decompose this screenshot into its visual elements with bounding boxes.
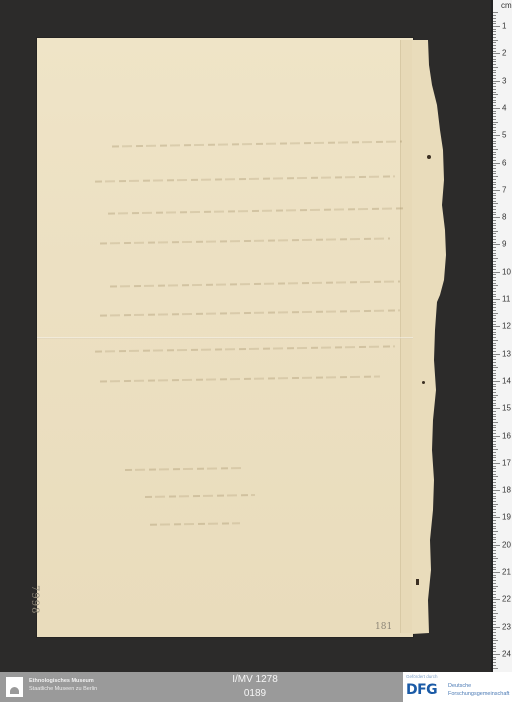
ruler-tick — [493, 296, 496, 297]
ruler-tick — [493, 277, 496, 278]
ruler-tick — [493, 310, 496, 311]
ruler-tick — [493, 258, 498, 259]
ruler-tick — [493, 171, 496, 172]
ruler-tick — [493, 176, 498, 177]
ruler-tick — [493, 479, 496, 480]
ruler-tick — [493, 629, 496, 630]
ruler-tick — [493, 441, 496, 442]
ruler-tick — [493, 572, 500, 573]
ruler-tick — [493, 403, 496, 404]
ruler-tick — [493, 255, 496, 256]
ruler-tick — [493, 81, 500, 82]
ruler-tick — [493, 264, 496, 265]
ruler-tick — [493, 122, 498, 123]
ruler-tick — [493, 610, 496, 611]
ruler-tick — [493, 15, 496, 16]
ruler-tick — [493, 321, 496, 322]
ruler-label: 23 — [502, 622, 511, 631]
ruler-label: 13 — [502, 349, 511, 358]
ruler-tick — [493, 220, 496, 221]
ruler-tick — [493, 392, 496, 393]
dfg-logo-icon: DFG — [406, 682, 437, 698]
ruler-tick — [493, 168, 496, 169]
ruler-label: 12 — [502, 322, 511, 331]
ruler-tick — [493, 419, 496, 420]
ruler-tick — [493, 307, 496, 308]
ruler-tick — [493, 42, 496, 43]
ruler-tick — [493, 299, 500, 300]
ruler-tick — [493, 537, 496, 538]
ruler-tick — [493, 332, 496, 333]
ruler-tick — [493, 130, 496, 131]
ruler-tick — [493, 206, 496, 207]
ruler-tick — [493, 12, 498, 13]
ruler-tick — [493, 381, 500, 382]
ruler-tick — [493, 223, 496, 224]
ruler-tick — [493, 373, 496, 374]
ruler-label: 5 — [502, 131, 506, 140]
ruler-tick — [493, 89, 496, 90]
ruler-tick — [493, 97, 496, 98]
ruler-tick — [493, 184, 496, 185]
ruler-tick — [493, 594, 496, 595]
ruler-tick — [493, 556, 496, 557]
ruler-tick — [493, 187, 496, 188]
ruler-tick — [493, 665, 496, 666]
ruler-tick — [493, 157, 496, 158]
ruler-tick — [493, 640, 498, 641]
ruler-tick — [493, 138, 496, 139]
ruler-tick — [493, 550, 496, 551]
ruler-tick — [493, 272, 500, 273]
ruler-tick — [493, 430, 496, 431]
ruler-tick — [493, 198, 496, 199]
ruler-tick — [493, 214, 496, 215]
ruler-tick — [493, 468, 496, 469]
ruler-label: 11 — [502, 295, 510, 304]
pencil-inventory-number: 7998 — [29, 585, 40, 614]
ruler-tick — [493, 386, 496, 387]
ruler-tick — [493, 283, 496, 284]
ruler-tick — [493, 113, 496, 114]
ruler-tick — [493, 414, 496, 415]
ruler-tick — [493, 395, 498, 396]
ruler-tick — [493, 266, 496, 267]
object-id: I/MV 1278 — [200, 674, 310, 685]
ruler-tick — [493, 490, 500, 491]
measurement-ruler: cm 1234567891011121314151617181920212223… — [491, 0, 512, 672]
ruler-label: 22 — [502, 595, 511, 604]
ruler-tick — [493, 627, 500, 628]
ruler-tick — [493, 288, 496, 289]
ruler-tick — [493, 542, 496, 543]
ruler-tick — [493, 466, 496, 467]
ruler-tick — [493, 411, 496, 412]
ruler-tick — [493, 408, 500, 409]
ruler-tick — [493, 378, 496, 379]
ruler-tick — [493, 493, 496, 494]
ruler-tick — [493, 362, 496, 363]
ruler-tick — [493, 348, 496, 349]
ruler-tick — [493, 504, 498, 505]
ruler-tick — [493, 92, 496, 93]
ruler-tick — [493, 528, 496, 529]
ruler-tick — [493, 422, 498, 423]
ruler-tick — [493, 654, 500, 655]
museum-logo-icon — [6, 677, 23, 697]
ruler-label: 17 — [502, 458, 511, 467]
ruler-tick — [493, 643, 496, 644]
ruler-tick — [493, 179, 496, 180]
ruler-tick — [493, 217, 500, 218]
ruler-tick — [493, 78, 496, 79]
ruler-tick — [493, 405, 496, 406]
ruler-label: 10 — [502, 267, 511, 276]
ruler-tick — [493, 509, 496, 510]
ruler-tick — [493, 108, 500, 109]
ruler-tick — [493, 452, 496, 453]
museum-name: Ethnologisches Museum — [29, 678, 94, 684]
ruler-tick — [493, 621, 496, 622]
ruler-tick — [493, 64, 496, 65]
ruler-tick — [493, 602, 496, 603]
ruler-tick — [493, 455, 496, 456]
ruler-tick — [493, 100, 496, 101]
ruler-tick — [493, 329, 496, 330]
ruler-tick — [493, 154, 496, 155]
ruler-tick — [493, 586, 498, 587]
ruler-tick — [493, 624, 496, 625]
ruler-tick — [493, 173, 496, 174]
ruler-tick — [493, 583, 496, 584]
ruler-tick — [493, 152, 496, 153]
ruler-tick — [493, 564, 496, 565]
ruler-tick — [493, 201, 496, 202]
ruler-tick — [493, 400, 496, 401]
ruler-tick — [493, 61, 496, 62]
ruler-tick — [493, 648, 496, 649]
ruler-tick — [493, 599, 500, 600]
ruler-tick — [493, 326, 500, 327]
ruler-tick — [493, 247, 496, 248]
ruler-tick — [493, 580, 496, 581]
ruler-tick — [493, 285, 498, 286]
ruler-tick — [493, 124, 496, 125]
ruler-tick — [493, 657, 496, 658]
ruler-tick — [493, 444, 496, 445]
ruler-tick — [493, 501, 496, 502]
ink-mark — [416, 579, 419, 585]
ruler-tick — [493, 605, 496, 606]
ruler-tick — [493, 618, 496, 619]
ruler-tick — [493, 384, 496, 385]
ruler-tick — [493, 356, 496, 357]
ruler-tick — [493, 340, 498, 341]
ruler-tick — [493, 212, 496, 213]
ruler-tick — [493, 345, 496, 346]
ruler-label: 20 — [502, 540, 511, 549]
dfg-name-line2: Forschungsgemeinschaft — [448, 691, 509, 697]
ruler-tick — [493, 446, 496, 447]
ruler-tick — [493, 646, 496, 647]
ruler-label: 1 — [502, 22, 506, 31]
ruler-tick — [493, 149, 498, 150]
ruler-tick — [493, 225, 496, 226]
ruler-tick — [493, 56, 496, 57]
ruler-tick — [493, 253, 496, 254]
ruler-tick — [493, 354, 500, 355]
ruler-tick — [493, 526, 496, 527]
ruler-tick — [493, 498, 496, 499]
ruler-tick — [493, 425, 496, 426]
paper-fold-line — [37, 337, 413, 339]
ruler-tick — [493, 182, 496, 183]
ruler-tick — [493, 512, 496, 513]
ruler-tick — [493, 119, 496, 120]
ruler-tick — [493, 160, 496, 161]
ruler-tick — [493, 607, 496, 608]
ruler-tick — [493, 463, 500, 464]
ruler-tick — [493, 638, 496, 639]
torn-paper-edge — [412, 40, 448, 634]
ruler-tick — [493, 143, 496, 144]
ruler-tick — [493, 457, 496, 458]
ruler-tick — [493, 577, 496, 578]
ruler-tick — [493, 659, 496, 660]
ruler-tick — [493, 370, 496, 371]
ruler-tick — [493, 531, 498, 532]
ruler-tick — [493, 116, 496, 117]
ruler-tick — [493, 111, 496, 112]
dfg-name-line1: Deutsche — [448, 683, 471, 689]
ruler-tick — [493, 94, 498, 95]
ruler-tick — [493, 436, 500, 437]
ruler-tick — [493, 485, 496, 486]
ruler-label: 4 — [502, 103, 506, 112]
ruler-tick — [493, 635, 496, 636]
ruler-tick — [493, 561, 496, 562]
ruler-tick — [493, 163, 500, 164]
ruler-label: 9 — [502, 240, 506, 249]
ruler-tick — [493, 523, 496, 524]
ruler-tick — [493, 375, 496, 376]
dfg-funding-badge: Gefördert durch DFG Deutsche Forschungsg… — [403, 672, 512, 702]
ruler-tick — [493, 244, 500, 245]
ruler-tick — [493, 146, 496, 147]
ruler-tick — [493, 506, 496, 507]
ruler-tick — [493, 313, 498, 314]
ruler-tick — [493, 569, 496, 570]
ruler-tick — [493, 294, 496, 295]
ruler-tick — [493, 575, 496, 576]
ruler-tick — [493, 520, 496, 521]
ruler-label: 24 — [502, 649, 511, 658]
ruler-tick — [493, 438, 496, 439]
ruler-tick — [493, 343, 496, 344]
ruler-tick — [493, 324, 496, 325]
ruler-tick — [493, 18, 496, 19]
ruler-tick — [493, 40, 498, 41]
ruler-tick — [493, 616, 496, 617]
ruler-label: 15 — [502, 404, 511, 413]
ruler-tick — [493, 53, 500, 54]
ruler-tick — [493, 135, 500, 136]
ruler-tick — [493, 547, 496, 548]
ruler-tick — [493, 567, 496, 568]
ruler-tick — [493, 127, 496, 128]
ruler-tick — [493, 662, 496, 663]
ruler-tick — [493, 651, 496, 652]
ruler-tick — [493, 59, 496, 60]
ruler-tick — [493, 86, 496, 87]
ruler-tick — [493, 190, 500, 191]
ruler-tick — [493, 70, 496, 71]
ruler-tick — [493, 195, 496, 196]
ruler-tick — [493, 239, 496, 240]
ruler-tick — [493, 460, 496, 461]
ruler-label: 2 — [502, 49, 506, 58]
ruler-tick — [493, 545, 500, 546]
ruler-tick — [493, 632, 496, 633]
ruler-tick — [493, 26, 500, 27]
ruler-tick — [493, 45, 496, 46]
ruler-tick — [493, 365, 496, 366]
ink-spot — [427, 155, 431, 159]
ruler-unit-label: cm — [501, 1, 512, 10]
ruler-tick — [493, 34, 496, 35]
ink-spot — [422, 381, 425, 384]
ruler-tick — [493, 588, 496, 589]
ruler-tick — [493, 389, 496, 390]
ruler-tick — [493, 302, 496, 303]
ruler-tick — [493, 75, 496, 76]
ruler-tick — [493, 261, 496, 262]
ruler-label: 14 — [502, 376, 511, 385]
ruler-tick — [493, 269, 496, 270]
ruler-tick — [493, 337, 496, 338]
ruler-tick — [493, 351, 496, 352]
ruler-label: 18 — [502, 486, 511, 495]
ruler-label: 3 — [502, 76, 506, 85]
ruler-tick — [493, 515, 496, 516]
ruler-label: 7 — [502, 185, 506, 194]
ruler-tick — [493, 48, 496, 49]
ruler-label: 21 — [502, 568, 511, 577]
ruler-tick — [493, 29, 496, 30]
ruler-tick — [493, 553, 496, 554]
ruler-tick — [493, 591, 496, 592]
ruler-tick — [493, 21, 496, 22]
ruler-tick — [493, 359, 496, 360]
ruler-tick — [493, 193, 496, 194]
ruler-tick — [493, 102, 496, 103]
ruler-tick — [493, 280, 496, 281]
ruler-tick — [493, 51, 496, 52]
ruler-label: 6 — [502, 158, 506, 167]
pencil-page-number: 181 — [375, 622, 392, 632]
ruler-tick — [493, 242, 496, 243]
ruler-label: 8 — [502, 213, 506, 222]
ruler-tick — [493, 367, 498, 368]
ruler-tick — [493, 315, 496, 316]
ruler-tick — [493, 37, 496, 38]
ruler-tick — [493, 476, 498, 477]
ruler-tick — [493, 613, 498, 614]
ruler-tick — [493, 203, 498, 204]
ruler-tick — [493, 209, 496, 210]
ruler-tick — [493, 427, 496, 428]
ruler-tick — [493, 72, 496, 73]
ruler-tick — [493, 304, 496, 305]
ruler-tick — [493, 291, 496, 292]
ruler-tick — [493, 233, 496, 234]
ruler-tick — [493, 228, 496, 229]
ruler-tick — [493, 105, 496, 106]
ruler-label: 19 — [502, 513, 511, 522]
ruler-tick — [493, 132, 496, 133]
ruler-tick — [493, 83, 496, 84]
ruler-tick — [493, 534, 496, 535]
ruler-tick — [493, 334, 496, 335]
document-viewer: 7998 181 — [0, 0, 491, 672]
ruler-tick — [493, 668, 498, 669]
ruler-tick — [493, 416, 496, 417]
ruler-tick — [493, 517, 500, 518]
page-number: 0189 — [200, 688, 310, 699]
ruler-tick — [493, 496, 496, 497]
ruler-tick — [493, 318, 496, 319]
ruler-tick — [493, 141, 496, 142]
ruler-tick — [493, 474, 496, 475]
ruler-tick — [493, 539, 496, 540]
ruler-tick — [493, 433, 496, 434]
ruler-tick — [493, 31, 496, 32]
ruler-tick — [493, 482, 496, 483]
ruler-tick — [493, 67, 498, 68]
museum-subtitle: Staatliche Museen zu Berlin — [29, 686, 97, 692]
ruler-tick — [493, 471, 496, 472]
ruler-tick — [493, 597, 496, 598]
ruler-label: 16 — [502, 431, 511, 440]
ruler-tick — [493, 165, 496, 166]
ruler-tick — [493, 250, 496, 251]
ruler-tick — [493, 274, 496, 275]
ruler-tick — [493, 487, 496, 488]
ruler-tick — [493, 449, 498, 450]
ruler-tick — [493, 23, 496, 24]
funded-by-label: Gefördert durch — [406, 674, 438, 679]
ruler-tick — [493, 558, 498, 559]
ruler-tick — [493, 397, 496, 398]
ruler-tick — [493, 236, 496, 237]
ruler-tick — [493, 231, 498, 232]
